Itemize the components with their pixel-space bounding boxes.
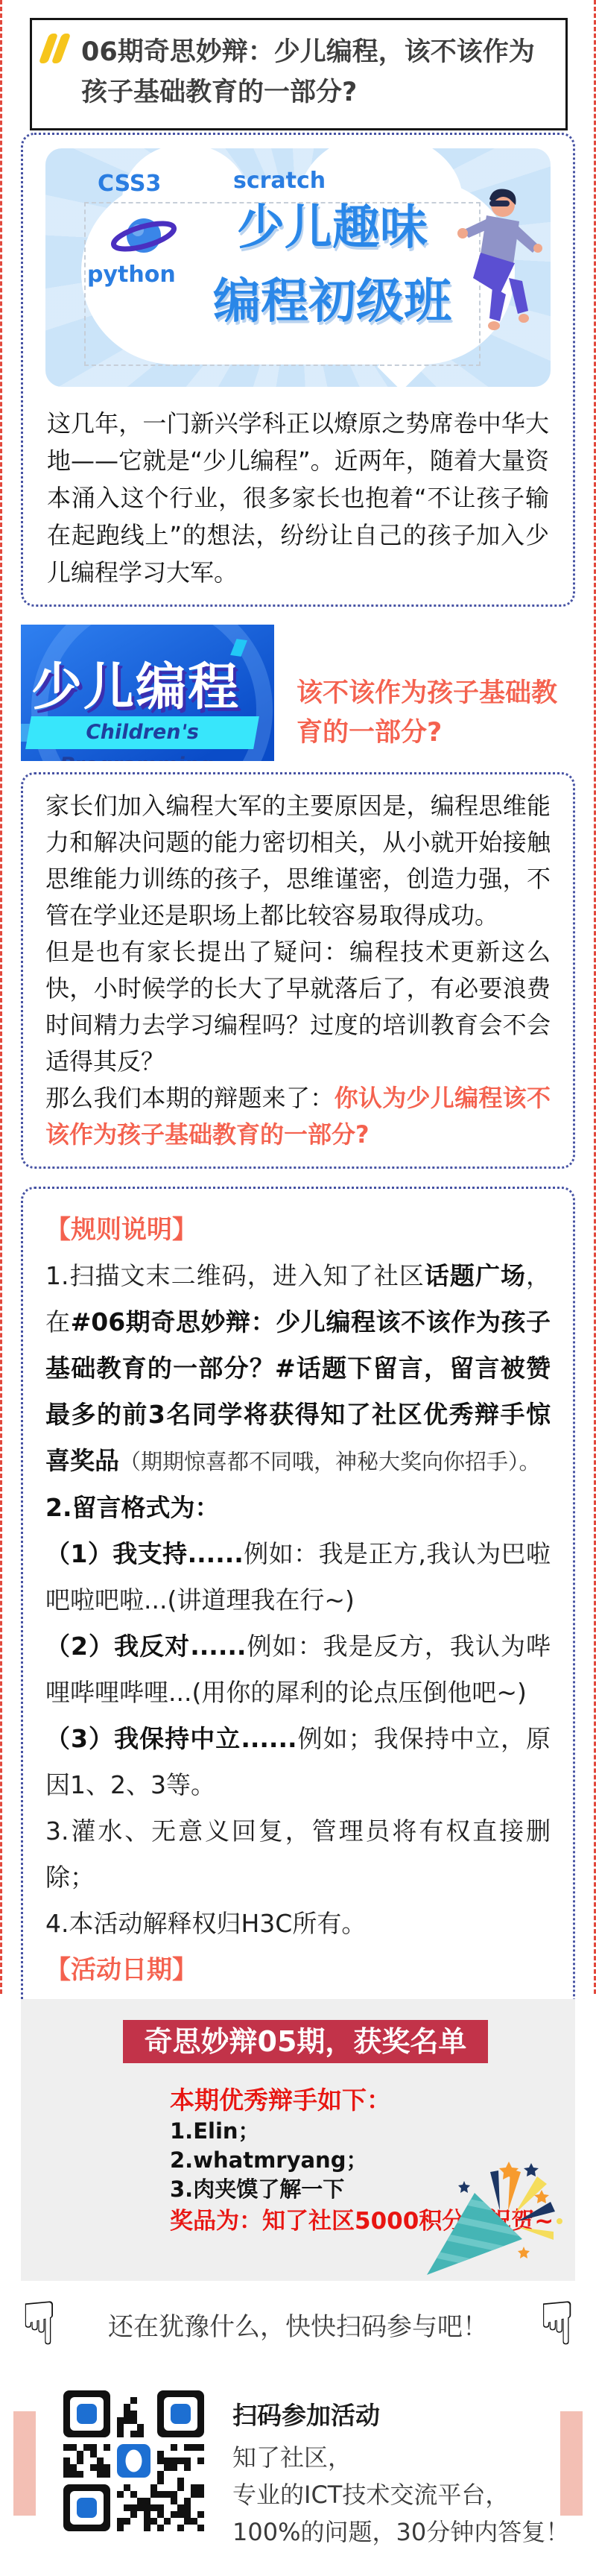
party-popper-icon [421, 2162, 570, 2284]
winners-banner: 奇思妙辩05期，获奖名单 [123, 2020, 488, 2063]
rules-card: 【规则说明】 1.扫描文末二维码，进入知了社区话题广场，在#06期奇思妙辩：少儿… [21, 1187, 575, 2059]
winner-item: 3.肉夹馍了解一下 [170, 2175, 367, 2204]
cta-row: ☟ 还在犹豫什么，快快扫码参与吧！ ☟ [0, 2285, 596, 2363]
debate-question-line: 那么我们本期的辩题来了：你认为少儿编程该不该作为孩子基础教育的一部分? [45, 1080, 551, 1153]
footer-line: 100%的问题，30分钟内答复！ [232, 2513, 569, 2551]
left-edge-dashed-line [0, 0, 2, 1994]
footer-section: 扫码参加活动 知了社区， 专业的ICT技术交流平台， 100%的问题，30分钟内… [0, 2389, 596, 2575]
date-heading: 【活动日期】 [45, 1947, 551, 1993]
winners-card: 奇思妙辩05期，获奖名单 本期优秀辩手如下： 1.Elin； 2.whatmry… [21, 1999, 575, 2281]
pointing-hand-icon: ☟ [21, 2294, 57, 2354]
winner-item: 2.whatmryang； [170, 2146, 367, 2175]
rule-2-option-2: （2）我反对......例如：我是反方，我认为哔哩哔哩哔哩...(用你的犀利的论… [45, 1623, 551, 1716]
topic-banner: 少儿编程 Children's Programming [21, 625, 274, 761]
rules-heading: 【规则说明】 [45, 1207, 551, 1253]
label-css3: CSS3 [98, 171, 161, 197]
debate-paragraph-2: 但是也有家长提出了疑问：编程技术更新这么快，小时候学的长大了早就落后了，有必要浪… [45, 934, 551, 1080]
qr-code [63, 2390, 204, 2531]
qr-heading: 扫码参加活动 [232, 2396, 569, 2431]
rule-3: 3.灌水、无意义回复，管理员将有权直接删除； [45, 1808, 551, 1901]
topic-question: 该不该作为孩子基础教育的一部分? [274, 674, 575, 761]
footer-text-block: 扫码参加活动 知了社区， 专业的ICT技术交流平台， 100%的问题，30分钟内… [232, 2396, 569, 2551]
page-title: 06期奇思妙辩：少儿编程，该不该作为孩子基础教育的一部分? [81, 37, 535, 107]
intro-paragraph: 这几年，一门新兴学科正以燎原之势席卷中华大地——它就是“少儿编程”。近两年，随着… [47, 405, 549, 591]
label-python: python [87, 262, 176, 288]
topic-banner-subtitle: Children's Programming [25, 716, 259, 749]
rule-2: 2.留言格式为： [45, 1485, 551, 1531]
topic-row: 少儿编程 Children's Programming 该不该作为孩子基础教育的… [21, 625, 575, 761]
rule-2-option-1: （1）我支持......例如：我是正方,我认为巴啦吧啦吧啦...(讲道理我在行~… [45, 1531, 551, 1623]
article-page: 06期奇思妙辩：少儿编程，该不该作为孩子基础教育的一部分? CSS3 scrat… [0, 0, 596, 2576]
footer-line: 专业的ICT技术交流平台， [232, 2476, 569, 2513]
footer-line: 知了社区， [232, 2439, 569, 2476]
planet-icon [110, 211, 178, 263]
intro-card: CSS3 scratch python 少儿趣味 编程初级班 [21, 133, 575, 607]
rule-1: 1.扫描文末二维码，进入知了社区话题广场，在#06期奇思妙辩：少儿编程该不该作为… [45, 1253, 551, 1485]
winners-list: 1.Elin； 2.whatmryang； 3.肉夹馍了解一下 [170, 2117, 367, 2204]
topic-banner-title: 少儿编程 [31, 647, 240, 719]
winner-item: 1.Elin； [170, 2117, 367, 2146]
cta-text: 还在犹豫什么，快快扫码参与吧！ [57, 2306, 539, 2343]
page-title-box: 06期奇思妙辩：少儿编程，该不该作为孩子基础教育的一部分? [30, 18, 568, 130]
pointing-hand-icon: ☟ [539, 2294, 575, 2354]
course-banner: CSS3 scratch python 少儿趣味 编程初级班 [45, 148, 551, 387]
quote-icon [44, 34, 78, 65]
winners-heading: 本期优秀辩手如下： [170, 2081, 391, 2116]
rule-2-option-3: （3）我保持中立......例如；我保持中立，原因1、2、3等。 [45, 1716, 551, 1808]
flying-person-illustration [448, 183, 545, 342]
debate-card: 家长们加入编程大军的主要原因是，编程思维能力和解决问题的能力密切相关，从小就开始… [21, 772, 575, 1169]
salmon-accent-bar [13, 2411, 36, 2516]
rule-4: 4.本活动解释权归H3C所有。 [45, 1901, 551, 1947]
debate-paragraph-1: 家长们加入编程大军的主要原因是，编程思维能力和解决问题的能力密切相关，从小就开始… [45, 788, 551, 934]
label-scratch: scratch [233, 168, 326, 194]
course-banner-title: 少儿趣味 编程初级班 [180, 192, 485, 339]
